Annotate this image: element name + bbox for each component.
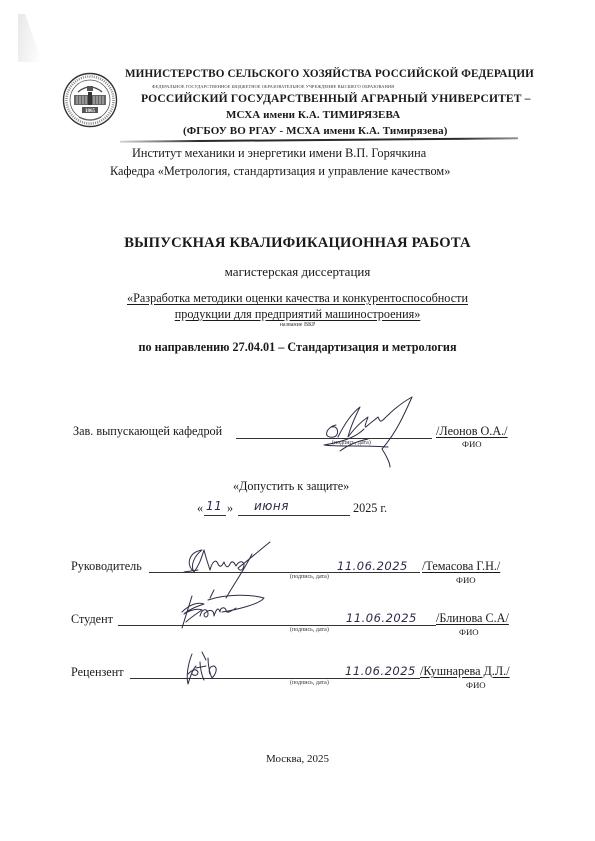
reviewer-signature (178, 648, 238, 696)
svg-text:1865: 1865 (85, 109, 96, 114)
city-year: Москва, 2025 (0, 753, 595, 765)
scan-edge-shadow (18, 14, 42, 62)
reviewer-label: Рецензент (71, 665, 124, 680)
department-name: Кафедра «Метрология, стандартизация и уп… (110, 164, 450, 179)
admission-day-line (204, 515, 226, 516)
work-subtype: магистерская диссертация (0, 264, 595, 280)
supervisor-date: 11.06.2025 (337, 559, 408, 573)
student-label: Студент (71, 612, 113, 627)
university-short-name: (ФГБОУ ВО РГАУ - МСХА имени К.А. Тимиряз… (183, 125, 448, 137)
student-date: 11.06.2025 (346, 611, 417, 625)
work-title-line2: продукции для предприятий машиностроения… (0, 307, 595, 322)
work-title-line1: «Разработка методики оценки качества и к… (0, 291, 595, 306)
supervisor-name: /Темасова Г.Н./ (422, 559, 500, 574)
student-sign-caption: (подпись, дата) (290, 627, 329, 633)
student-signature (176, 588, 286, 638)
head-signature (318, 395, 418, 475)
admission-close-quote: » (227, 501, 233, 516)
header-divider (120, 137, 518, 142)
admission-month: июня (254, 499, 289, 513)
university-emblem-icon: 1865 (62, 72, 118, 128)
institution-type: ФЕДЕРАЛЬНОЕ ГОСУДАРСТВЕННОЕ БЮДЖЕТНОЕ ОБ… (152, 84, 394, 89)
admission-year: 2025 г. (353, 501, 387, 516)
admission-month-line (238, 515, 350, 516)
university-name-line2: МСХА имени К.А. ТИМИРЯЗЕВА (226, 109, 400, 121)
admission-text: «Допустить к защите» (233, 479, 349, 494)
reviewer-name-caption: ФИО (466, 680, 486, 690)
head-name: /Леонов О.А./ (436, 424, 508, 439)
reviewer-sign-caption: (подпись, дата) (290, 680, 329, 686)
supervisor-sign-caption: (подпись, дата) (290, 574, 329, 580)
student-name-caption: ФИО (459, 627, 479, 637)
reviewer-name: /Кушнарева Д.Л./ (420, 664, 510, 679)
ministry-name: МИНИСТЕРСТВО СЕЛЬСКОГО ХОЗЯЙСТВА РОССИЙС… (125, 68, 534, 80)
head-of-department-label: Зав. выпускающей кафедрой (73, 424, 222, 439)
student-name: /Блинова С.А/ (436, 611, 509, 626)
head-name-caption: ФИО (462, 439, 482, 449)
study-direction: по направлению 27.04.01 – Стандартизация… (0, 340, 595, 355)
reviewer-signature-line (130, 678, 420, 679)
supervisor-label: Руководитель (71, 559, 142, 574)
reviewer-date: 11.06.2025 (345, 664, 416, 678)
university-name: РОССИЙСКИЙ ГОСУДАРСТВЕННЫЙ АГРАРНЫЙ УНИВ… (141, 92, 531, 105)
supervisor-name-caption: ФИО (456, 575, 476, 585)
admission-day: 11 (206, 499, 222, 513)
work-type: ВЫПУСКНАЯ КВАЛИФИКАЦИОННАЯ РАБОТА (0, 235, 595, 252)
work-title-caption: название ВКР (0, 322, 595, 328)
institute-name: Институт механики и энергетики имени В.П… (132, 146, 426, 161)
admission-open-quote: « (197, 501, 203, 516)
